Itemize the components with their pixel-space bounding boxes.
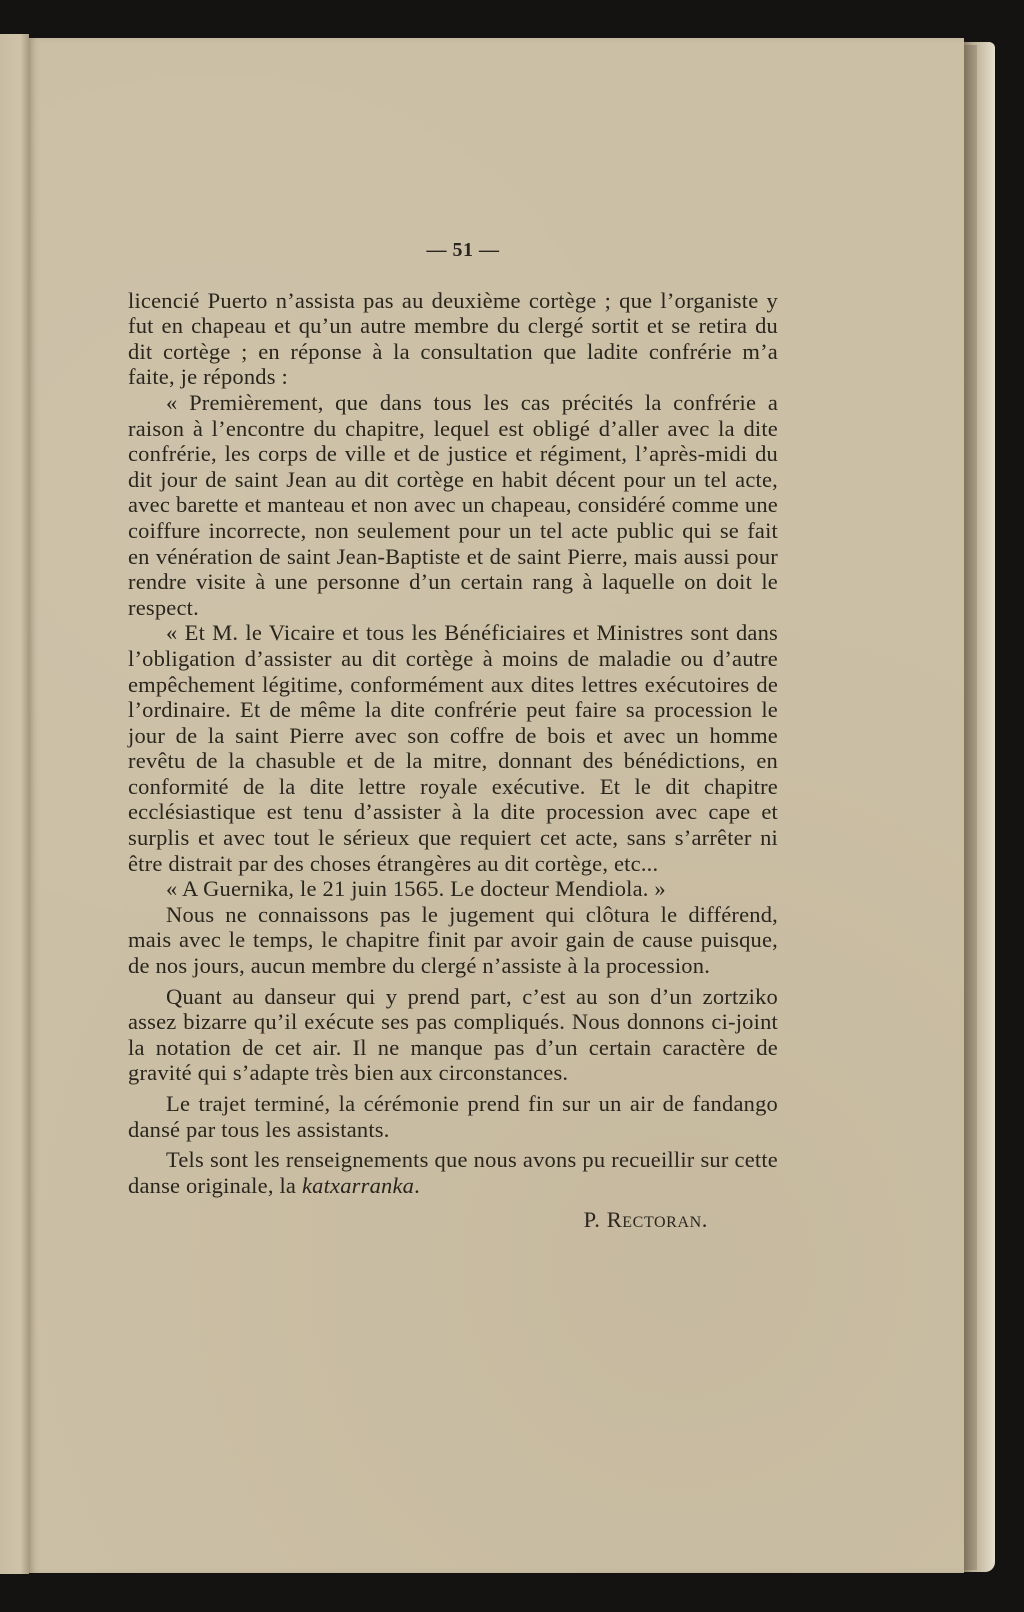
page-stack-shadow bbox=[963, 45, 977, 1570]
left-page-edge bbox=[0, 34, 29, 1574]
page-text: — 51 — licencié Puerto n’assista pas au … bbox=[128, 238, 778, 1233]
paragraph: Nous ne connaissons pas le jugement qui … bbox=[128, 902, 778, 979]
final-paragraph-end: . bbox=[414, 1173, 420, 1198]
paragraph: « A Guernika, le 21 juin 1565. Le docteu… bbox=[128, 876, 778, 902]
paragraph: « Premièrement, que dans tous les cas pr… bbox=[128, 390, 778, 620]
dance-name: katxarranka bbox=[302, 1173, 414, 1198]
final-paragraph: Tels sont les renseignements que nous av… bbox=[128, 1147, 778, 1198]
paragraph: licencié Puerto n’assista pas au deuxièm… bbox=[128, 288, 778, 390]
paragraph: Le trajet terminé, la cérémonie prend fi… bbox=[128, 1091, 778, 1142]
page-number: — 51 — bbox=[148, 238, 778, 264]
paragraph: Quant au danseur qui y prend part, c’est… bbox=[128, 984, 778, 1086]
final-paragraph-text: Tels sont les renseignements que nous av… bbox=[128, 1147, 778, 1198]
paragraph: « Et M. le Vicaire et tous les Bénéficia… bbox=[128, 620, 778, 876]
author-signature: P. Rectoran. bbox=[128, 1207, 708, 1233]
